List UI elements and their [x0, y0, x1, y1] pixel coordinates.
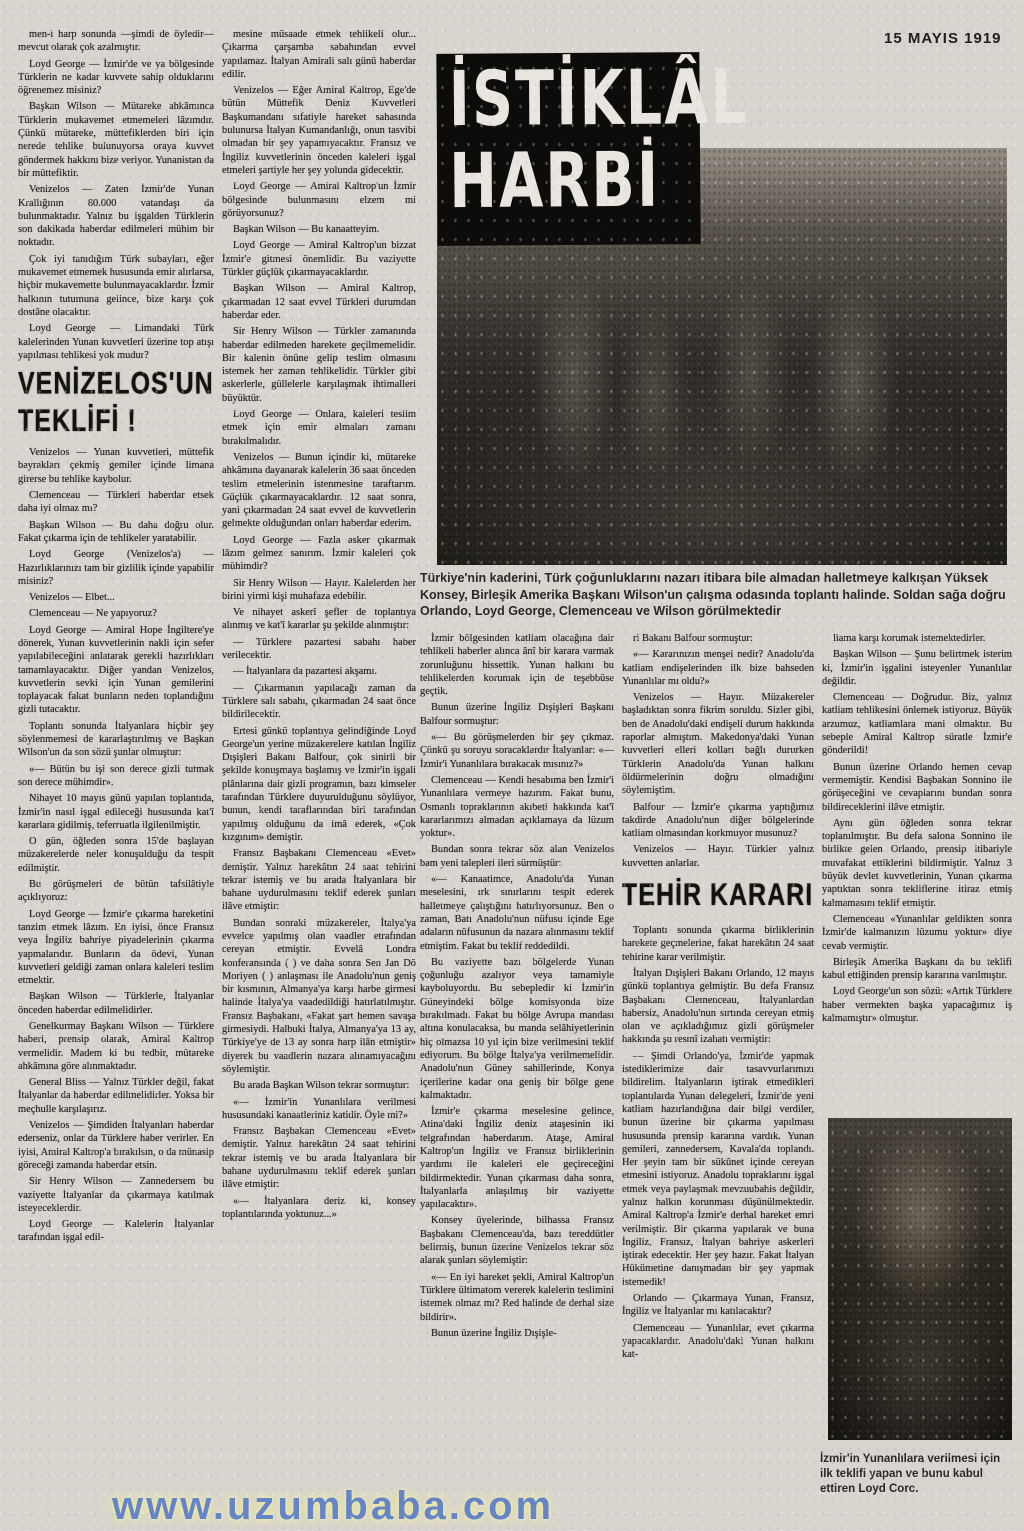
paragraph: Bundan sonra tekrar söz alan Venizelos b… — [420, 843, 614, 870]
newspaper-page-scan: 15 MAYIS 1919 İSTİKLÂL HARBİ Türkiye'nin… — [0, 0, 1024, 1531]
paragraph: Çok iyi tanıdığım Türk subayları, eğer m… — [18, 253, 214, 319]
paragraph: Aynı gün öğleden sonra tekrar toplanılmı… — [822, 817, 1012, 910]
paragraph: Başkan Wilson — Mütareke ahkâmınca Türkl… — [18, 100, 214, 180]
photo-caption: Türkiye'nin kaderini, Türk çoğunlukların… — [420, 570, 1010, 620]
paragraph: ri Bakanı Balfour sormuştur: — [622, 632, 814, 645]
paragraph: Loyd George — Fazla asker çıkarmak lâzım… — [222, 534, 416, 574]
paragraph: Balfour — İzmir'e çıkarma yaptığımız tak… — [622, 801, 814, 841]
paragraph: Clemenceau — Kendi hesabıma ben İzmir'i … — [420, 774, 614, 840]
paragraph: Genelkurmay Başkanı Wilson — Türklere ha… — [18, 1020, 214, 1073]
paragraph: Başkan Wilson — Şunu belirtmek isterim k… — [822, 648, 1012, 688]
paragraph: Toplantı sonunda çıkarma birliklerinin h… — [622, 924, 814, 964]
paragraph: Bu arada Başkan Wilson tekrar sormuştur: — [222, 1079, 416, 1092]
news-column-5: liama karşı korumak istemektedirler.Başk… — [822, 632, 1012, 1114]
paragraph: Bunun üzerine Orlando hemen cevap vermem… — [822, 761, 1012, 814]
paragraph: «— Kanaatimce, Anadolu'da Yunan meselesi… — [420, 873, 614, 953]
watermark: www.uzumbaba.com — [112, 1484, 554, 1529]
paragraph: mesine müsaade etmek tehlikeli olur... Ç… — [222, 28, 416, 81]
paragraph: General Bliss — Yalnız Türkler değil, fa… — [18, 1076, 214, 1116]
paragraph: Clemenceau — Ne yapıyoruz? — [18, 607, 214, 620]
news-column-2: mesine müsaade etmek tehlikeli olur... Ç… — [222, 28, 416, 1528]
paragraph: «— Bütün bu işi son derece gizli tutmak … — [18, 763, 214, 790]
paragraph: Venizelos — Zaten İzmir'de Yunan Krallığ… — [18, 183, 214, 249]
paragraph: Loyd George — Limandaki Türk kalelerinde… — [18, 322, 214, 362]
paragraph: Başkan Wilson — Bu kanaatteyim. — [222, 223, 416, 236]
paragraph: Başkan Wilson — Bu daha doğru olur. Faka… — [18, 519, 214, 546]
paragraph: liama karşı korumak istemektedirler. — [822, 632, 1012, 645]
news-column-3: İzmir bölgesinden katliam olacağına dair… — [420, 632, 614, 1528]
paragraph: Clemenceau — Türkleri haberdar etsek dah… — [18, 489, 214, 516]
loyd-george-portrait-photo — [828, 1118, 1012, 1440]
paragraph: Başkan Wilson — Amiral Kaltrop, çıkarmad… — [222, 282, 416, 322]
paragraph: «— Bu görüşmelerden bir şey çıkmaz. Çünk… — [420, 731, 614, 771]
paragraph: Bunun üzerine İngiliz Dışişle- — [420, 1327, 614, 1340]
portrait-caption: İzmir'in Yunanlılara verilmesi için ilk … — [820, 1452, 1014, 1497]
paragraph: — Çıkarmanın yapılacağı zaman da Türkler… — [222, 682, 416, 722]
paragraph: Bu görüşmeleri de bütün tafsilâtiyle açı… — [18, 878, 214, 905]
paragraph: Venizelos — Eğer Amiral Kaltrop, Ege'de … — [222, 84, 416, 177]
paragraph: Loyd George — Amiral Kaltrop'un bizzat İ… — [222, 239, 416, 279]
paragraph: Sir Henry Wilson — Türkler zamanında hab… — [222, 325, 416, 405]
paragraph: Loyd George — İzmir'e çıkarma hareketini… — [18, 908, 214, 988]
paragraph: Toplantı sonunda İtalyanlara hiçbir şey … — [18, 720, 214, 760]
paragraph: — İtalyanlara da pazartesi akşamı. — [222, 665, 416, 678]
paragraph: Ve nihayet askerî şefler de toplantıya a… — [222, 606, 416, 633]
paragraph: Sir Henry Wilson — Hayır. Kalelerden her… — [222, 577, 416, 604]
paragraph: Loyd George — Amiral Kaltrop'un İzmir bö… — [222, 180, 416, 220]
paragraph: Fransız Başbakan Clemenceau «Evet» demiş… — [222, 1125, 416, 1191]
paragraph: Venizelos — Hayır. Müzakereler başladıkt… — [622, 691, 814, 797]
paragraph: İtalyan Dışişleri Bakanı Orlando, 12 may… — [622, 967, 814, 1047]
paragraph: Loyd George — İzmir'de ve ya bölgesinde … — [18, 58, 214, 98]
paragraph: Venizelos — Şimdiden İtalyanları haberda… — [18, 1119, 214, 1172]
paragraph: Nihayet 10 mayıs günü yapılan toplantıda… — [18, 792, 214, 832]
paragraph: O gün, öğleden sonra 15'de başlayan müza… — [18, 835, 214, 875]
paragraph: Birleşik Amerika Başkanı da bu teklifi k… — [822, 956, 1012, 983]
paragraph: İzmir bölgesinden katliam olacağına dair… — [420, 632, 614, 698]
section-heading: TEHİR KARARI — [622, 876, 814, 914]
section-heading: VENİZELOS'UN TEKLİFİ ! — [18, 365, 214, 440]
paragraph: — Şimdi Orlando'ya, İzmir'de yapmak iste… — [622, 1050, 814, 1289]
paragraph: Bundan sonraki müzakereler, İtalya'ya ev… — [222, 917, 416, 1077]
paragraph: Başkan Wilson — Türklerle, İtalyanlar ön… — [18, 990, 214, 1017]
masthead: İSTİKLÂL HARBİ — [436, 52, 700, 246]
paragraph: Bunun üzerine İngiliz Dışişleri Başkanı … — [420, 701, 614, 728]
paragraph: «— En iyi hareket şekli, Amiral Kaltrop'… — [420, 1271, 614, 1324]
paragraph: Clemenceau «Yunanlılar geldikten sonra İ… — [822, 913, 1012, 953]
paragraph: Bu vaziyette bazı bölgelerde Yunan çoğun… — [420, 956, 614, 1102]
paragraph: «— İzmir'in Yunanlılara verilmesi hususu… — [222, 1096, 416, 1123]
paragraph: Fransız Başbakanı Clemenceau «Evet» demi… — [222, 847, 416, 913]
paragraph: Loyd George — Kalelerin İtalyanlar taraf… — [18, 1218, 214, 1245]
paragraph: Clemenceau — Doğrudur. Biz, yalnız katli… — [822, 691, 1012, 757]
masthead-line2: HARBİ — [449, 126, 706, 238]
paragraph: Loyd George — Amiral Hope İngiltere'ye d… — [18, 624, 214, 717]
paragraph: men-i harp sonunda —şimdi de öyledir— me… — [18, 28, 214, 55]
paragraph: — Türklere pazartesi sabahı haber verile… — [222, 636, 416, 663]
paragraph: «— İtalyanlara deriz ki, konsey toplantı… — [222, 1195, 416, 1222]
paragraph: Sir Henry Wilson — Zannedersem bu vaziye… — [18, 1175, 214, 1215]
paragraph: Clemenceau — Yunanlılar, evet çıkarma ya… — [622, 1322, 814, 1362]
paragraph: «— Kararınızın menşei nedir? Anadolu'da … — [622, 648, 814, 688]
paragraph: Konsey üyelerinde, bilhassa Fransız Başb… — [420, 1214, 614, 1267]
page-date: 15 MAYIS 1919 — [884, 30, 1002, 47]
paragraph: Venizelos — Hayır. Türkler yalnız kuvvet… — [622, 843, 814, 870]
paragraph: Loyd George (Venizelos'a) — Hazırlıkları… — [18, 548, 214, 588]
paragraph: Loyd George — Onlara, kaleleri teslim et… — [222, 408, 416, 448]
paragraph: Venizelos — Yunan kuvvetleri, müttefik b… — [18, 446, 214, 486]
news-column-4: ri Bakanı Balfour sormuştur:«— Kararınız… — [622, 632, 814, 1528]
paragraph: Venizelos — Elbet... — [18, 591, 214, 604]
paragraph: Orlando — Çıkarmaya Yunan, Fransız, İngi… — [622, 1292, 814, 1319]
paragraph: Venizelos — Bunun içindir ki, mütareke a… — [222, 451, 416, 531]
news-column-1: men-i harp sonunda —şimdi de öyledir— me… — [18, 28, 214, 1528]
paragraph: Loyd George'un son sözü: «Artık Türklere… — [822, 985, 1012, 1025]
paragraph: İzmir'e çıkarma meselesine gelince, Atin… — [420, 1105, 614, 1211]
paragraph: Ertesi günkü toplantıya gelindiğinde Loy… — [222, 725, 416, 845]
